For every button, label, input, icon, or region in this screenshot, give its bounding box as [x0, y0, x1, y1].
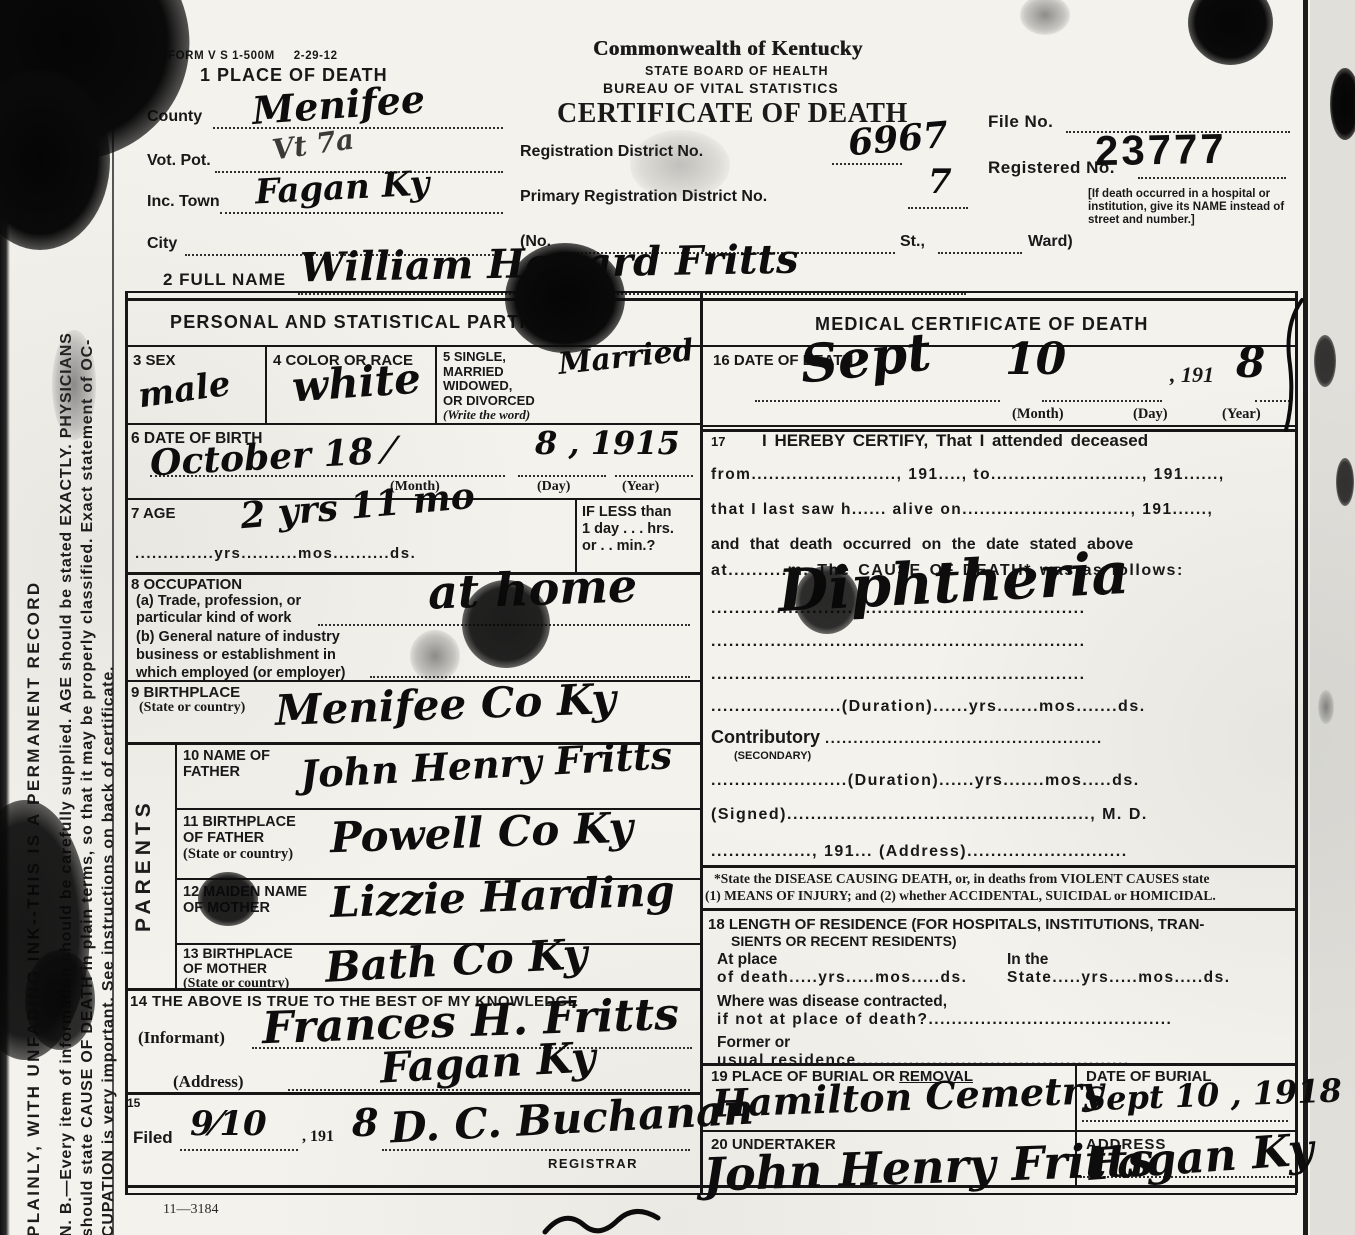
top-right-smudge	[1020, 0, 1070, 35]
occupation-label: 8 OCCUPATION	[131, 576, 242, 593]
registrar-label: REGISTRAR	[548, 1156, 638, 1171]
cause-dots-row2: ........................................…	[711, 633, 1086, 651]
primary-reg-line	[908, 207, 968, 209]
contracted-l2: if not at place of death?...............…	[717, 1011, 1172, 1029]
hospital-note: [If death occurred in a hospital or inst…	[1088, 188, 1293, 227]
mother-bp-value: Bath Co Ky	[324, 929, 589, 992]
contributory-dots: ........................................…	[825, 730, 1103, 747]
dod-month-sublabel: (Month)	[1012, 406, 1064, 423]
dod-month-value: Sept	[797, 321, 934, 395]
top-right-blot	[1188, 0, 1273, 65]
primary-reg-value: 7	[928, 162, 952, 202]
form-date-text: 2-29-12	[294, 50, 338, 62]
full-name-line	[298, 293, 966, 295]
father-bp-value: Powell Co Ky	[329, 803, 633, 863]
regdistrict-smudge	[630, 130, 730, 200]
marital-line3: WIDOWED,	[443, 379, 535, 394]
at-place-l1: At place	[717, 951, 777, 969]
informant-address-value: Fagan Ky	[379, 1032, 597, 1092]
filed-date-line	[180, 1149, 298, 1151]
dod-day-value: 10	[1005, 334, 1066, 385]
commonwealth-heading: Commonwealth of Kentucky	[593, 36, 863, 61]
occupation-b2: business or establishment in	[136, 647, 336, 663]
right-edge-soft	[1310, 0, 1355, 1235]
certify-from-line: from........................., 191...., …	[711, 466, 1225, 484]
if-less-label: IF LESS than 1 day . . . hrs. or . . min…	[582, 504, 674, 555]
right-edge-blot3	[1336, 458, 1354, 506]
stray-ink	[540, 1200, 680, 1235]
occupation-a1: (a) Trade, profession, or	[136, 593, 301, 609]
color-race-value: white	[290, 354, 422, 412]
birthplace-value: Menifee Co Ky	[274, 674, 616, 735]
dod-day-line	[1042, 400, 1162, 402]
footnote-line1: *State the DISEASE CAUSING DEATH, or, in…	[714, 871, 1209, 887]
dod-191-label: , 191	[1170, 362, 1214, 388]
mother-row-ink-blot	[198, 872, 258, 926]
city-label: City	[147, 235, 177, 253]
reg-district-line	[832, 163, 902, 165]
occupation-ink-blot	[462, 580, 550, 668]
if-less-line3: or . . min.?	[582, 538, 674, 555]
signed-date-address-line: ................., 191... (Address).....…	[711, 843, 1128, 861]
death-certificate-scan: PLAINLY, WITH UNFADING INK--THIS IS A PE…	[0, 0, 1355, 1235]
occupation-b3: which employed (or employer)	[136, 665, 346, 681]
flourish-stroke	[1272, 295, 1312, 435]
occupation-b1: (b) General nature of industry	[136, 629, 340, 645]
form-number-bottom: 11—3184	[163, 1202, 218, 1218]
signed-line: (Signed)................................…	[711, 806, 1148, 824]
cause-duration-line: ......................(Duration)......yr…	[711, 698, 1146, 716]
marital-line5: (Write the word)	[443, 408, 535, 423]
right-edge-blot1	[1330, 68, 1355, 140]
dod-month-line	[755, 400, 1000, 402]
marital-label: 5 SINGLE, MARRIED WIDOWED, OR DIVORCED (…	[443, 350, 535, 423]
father-name-label: 10 NAME OF FATHER	[183, 748, 270, 780]
mother-bp-l3: (State or country)	[183, 976, 293, 991]
title-ink-blot	[505, 243, 625, 353]
cause-dots-row3: ........................................…	[711, 666, 1086, 684]
contributory-text: Contributory	[711, 727, 820, 747]
margin-smudge	[52, 330, 96, 440]
if-less-line1: IF LESS than	[582, 504, 674, 521]
sex-label: 3 SEX	[133, 352, 176, 369]
primary-reg-label: Primary Registration District No.	[520, 188, 767, 206]
dob-day-year-value: 8 , 1915	[535, 424, 680, 462]
dob-day-line	[518, 475, 606, 477]
footnote-rule-bottom	[700, 908, 1297, 911]
margin-nb-line3: CUPATION is very important. See instruct…	[98, 332, 119, 1235]
filed-191-label: , 191	[302, 1128, 334, 1146]
in-state-l1: In the	[1007, 951, 1048, 969]
certify-saw-line: that I last saw h...... alive on........…	[711, 501, 1213, 519]
margin-nb-line2: should state CAUSE OF DEATH in plain ter…	[77, 332, 98, 1235]
marital-line1: 5 SINGLE,	[443, 350, 535, 365]
father-bp-l1: 11 BIRTHPLACE	[183, 814, 296, 830]
inc-town-line	[220, 212, 503, 214]
filed-row-number: 15	[127, 1096, 140, 1110]
mother-bp-label: 13 BIRTHPLACE OF MOTHER (State or countr…	[183, 946, 293, 991]
in-state-l2: State.....yrs.....mos.....ds.	[1007, 969, 1231, 987]
inc-town-value: Fagan Ky	[254, 163, 430, 212]
contracted-l1: Where was disease contracted,	[717, 993, 947, 1011]
former-residence-l1: Former or	[717, 1034, 790, 1052]
reg-district-value: 6967	[846, 114, 949, 165]
certify-rule-1	[700, 425, 1297, 427]
right-edge-blot2	[1314, 335, 1336, 387]
contributory-duration-line: .......................(Duration)......y…	[711, 772, 1140, 790]
full-name-label: 2 FULL NAME	[163, 270, 286, 290]
st-label: St.,	[900, 233, 925, 251]
form-code: FORM V S 1-500M 2-29-12	[168, 50, 338, 62]
father-bp-l3: (State or country)	[183, 846, 296, 862]
informant-label: (Informant)	[138, 1028, 225, 1048]
cause-ink-blot	[795, 566, 859, 634]
if-less-line2: 1 day . . . hrs.	[582, 521, 674, 538]
contributory-label: Contributory ...........................…	[711, 727, 1103, 748]
certify-text: I HEREBY CERTIFY, That I attended deceas…	[762, 431, 1148, 451]
burial-date-line	[1082, 1120, 1288, 1122]
dob-day-sublabel: (Day)	[537, 479, 570, 495]
age-units-line: ..............yrs..........mos..........…	[135, 545, 416, 562]
father-name-l2: FATHER	[183, 764, 270, 780]
filed-year-script: 8	[352, 1100, 378, 1145]
filed-date-value: 9⁄10	[190, 1104, 267, 1144]
residence-label-l2: SIENTS OR RECENT RESIDENTS)	[731, 933, 957, 949]
age-value: 2 yrs 11 mo	[239, 475, 477, 537]
margin-blot-lower2	[25, 950, 95, 1050]
dob-year-sublabel: (Year)	[622, 479, 659, 495]
birthplace-sublabel: (State or country)	[139, 700, 245, 716]
marital-line4: OR DIVORCED	[443, 394, 535, 409]
secondary-label: (SECONDARY)	[734, 750, 811, 762]
file-no-label: File No.	[988, 112, 1053, 132]
footnote-rule-top	[700, 865, 1297, 868]
bureau-heading: BUREAU OF VITAL STATISTICS	[603, 80, 839, 96]
birthplace-label: 9 BIRTHPLACE	[131, 684, 240, 701]
filed-label: Filed	[133, 1128, 173, 1148]
informant-address-label: (Address)	[173, 1072, 244, 1092]
mother-bp-l1: 13 BIRTHPLACE	[183, 946, 293, 961]
vot-pot-label: Vot. Pot.	[147, 152, 211, 170]
at-place-l2: of death.....yrs.....mos.....ds.	[717, 969, 967, 987]
st-line	[938, 252, 1022, 254]
sex-color-divider	[265, 347, 267, 423]
registered-no-value: 23777	[1095, 125, 1228, 175]
certify-number: 17	[711, 434, 725, 449]
board-heading: STATE BOARD OF HEALTH	[645, 64, 829, 78]
color-marital-divider	[435, 347, 437, 423]
parents-vertical-label: PARENTS	[132, 798, 156, 932]
mother-name-value: Lizzie Harding	[329, 866, 675, 927]
right-edge-line	[1303, 0, 1308, 1235]
right-edge-blot4	[1318, 690, 1334, 724]
age-label: 7 AGE	[131, 505, 175, 522]
marital-line2: MARRIED	[443, 365, 535, 380]
sex-value: male	[136, 364, 233, 416]
father-name-l1: 10 NAME OF	[183, 748, 270, 764]
section-header-rule	[125, 345, 1297, 347]
ward-label: Ward)	[1028, 233, 1073, 251]
residence-label-l1: 18 LENGTH OF RESIDENCE (FOR HOSPITALS, I…	[708, 916, 1204, 933]
father-bp-l2: OF FATHER	[183, 830, 296, 846]
father-bp-label: 11 BIRTHPLACE OF FATHER (State or countr…	[183, 814, 296, 862]
margin-nb-line1: N. B.—Every item of information should b…	[56, 332, 77, 1235]
inc-town-label: Inc. Town	[147, 193, 220, 211]
mother-bp-l2: OF MOTHER	[183, 961, 293, 976]
dod-day-sublabel: (Day)	[1133, 406, 1168, 423]
parents-cell-divider	[175, 742, 177, 988]
table-top-rule-2	[125, 298, 1297, 301]
registered-no-line	[1138, 177, 1286, 179]
occupation-ink-blot2	[410, 630, 460, 682]
footnote-line2: (1) MEANS OF INJURY; and (2) whether ACC…	[705, 888, 1216, 904]
dod-year-sublabel: (Year)	[1222, 406, 1261, 423]
occupation-a2: particular kind of work	[136, 610, 292, 626]
dob-year-line	[615, 475, 693, 477]
dod-year-script: 8	[1236, 338, 1265, 387]
margin-nb-note: N. B.—Every item of information should b…	[56, 332, 119, 1235]
